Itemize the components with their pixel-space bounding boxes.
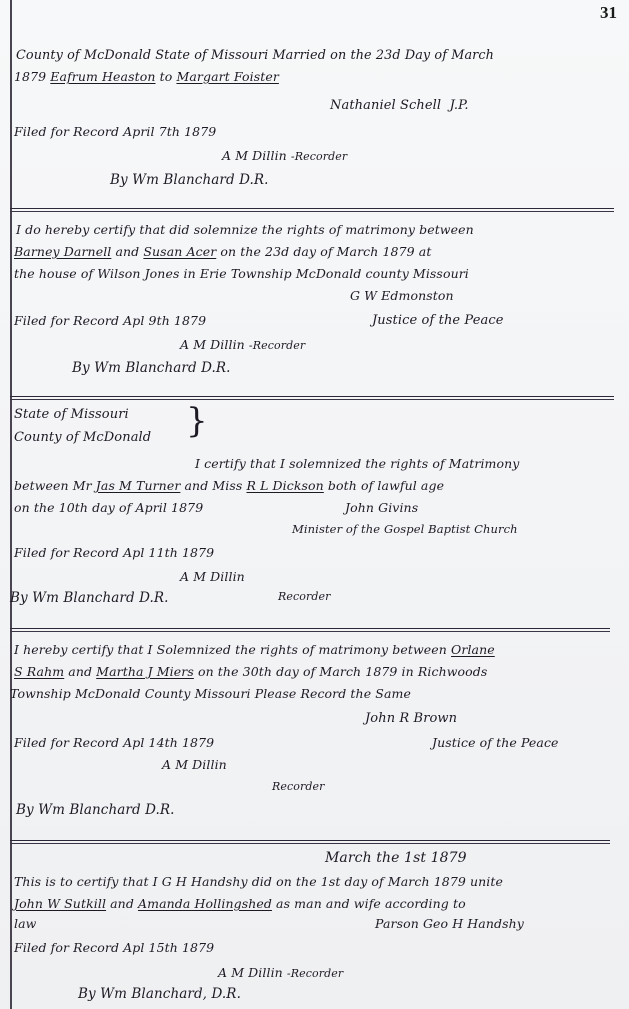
entry-3-line-2: between Mr Jas M Turner and Miss R L Dic… <box>14 478 444 493</box>
entry-3-line-1: I certify that I solemnized the rights o… <box>195 456 519 471</box>
officiant-signature: Nathaniel Schell J.P. <box>330 98 469 113</box>
entry-5-line-2-rest: as man and wife according to <box>276 896 466 911</box>
officiant-name: John Givins <box>345 500 418 515</box>
left-margin-line <box>10 0 12 1009</box>
recorder-signature: A M Dillin -Recorder <box>222 148 347 163</box>
bride-name: R L Dickson <box>246 478 323 493</box>
entry-2-line-2-rest: on the 23d day of March 1879 at <box>220 244 431 259</box>
officiant-name: John R Brown <box>365 711 457 726</box>
officiant-title: Justice of the Peace <box>432 735 559 750</box>
recorder-name: A M Dillin <box>222 148 287 163</box>
officiant-title: J.P. <box>450 98 469 113</box>
recorder-title: -Recorder <box>249 339 305 352</box>
deputy-signature: By Wm Blanchard D.R. <box>16 802 175 818</box>
filed-for-record: Filed for Record Apl 15th 1879 <box>14 940 214 955</box>
ledger-page: 31 County of McDonald State of Missouri … <box>0 0 629 1009</box>
entry-5-line-3: law <box>14 916 36 931</box>
entry-3-line-2-prefix: between Mr <box>14 478 92 493</box>
recorder-title: -Recorder <box>287 967 343 980</box>
recorder-name: A M Dillin <box>180 569 245 584</box>
groom-name: Eafrum Heaston <box>50 69 155 84</box>
entry-1-line-1: County of McDonald State of Missouri Mar… <box>16 48 494 63</box>
recorder-name: A M Dillin <box>162 757 227 772</box>
deputy-signature: By Wm Blanchard D.R. <box>10 590 169 606</box>
entry-divider <box>10 208 614 212</box>
heading-county: County of McDonald <box>14 430 151 445</box>
entry-3-line-2-rest: both of lawful age <box>328 478 444 493</box>
deputy-signature: By Wm Blanchard, D.R. <box>78 986 241 1002</box>
bride-name: Susan Acer <box>143 244 216 259</box>
entry-4-line-1: I hereby certify that I Solemnized the r… <box>14 642 495 657</box>
entry-divider <box>10 840 610 844</box>
connector: and <box>68 664 92 679</box>
groom-name-part-1: Orlane <box>451 642 495 657</box>
entry-4-line-1-text: I hereby certify that I Solemnized the r… <box>14 642 447 657</box>
entry-3-line-3: on the 10th day of April 1879 <box>14 500 203 515</box>
recorder-title: -Recorder <box>291 150 347 163</box>
recorder-signature: A M Dillin -Recorder <box>180 337 305 352</box>
entry-4-line-3: Township McDonald County Missouri Please… <box>10 686 411 701</box>
officiant-title: Justice of the Peace <box>372 313 504 328</box>
bride-name: Margart Foister <box>176 69 278 84</box>
entry-5-line-2: John W Sutkill and Amanda Hollingshed as… <box>14 896 466 911</box>
bride-name: Martha J Miers <box>96 664 194 679</box>
entry-2-line-3: the house of Wilson Jones in Erie Townsh… <box>14 266 469 281</box>
connector: and Miss <box>185 478 243 493</box>
recorder-title: Recorder <box>278 590 330 603</box>
page-number: 31 <box>600 3 617 23</box>
filed-for-record: Filed for Record Apl 14th 1879 <box>14 735 214 750</box>
entry-4-line-2: S Rahm and Martha J Miers on the 30th da… <box>14 664 487 679</box>
connector: and <box>110 896 134 911</box>
groom-name: Jas M Turner <box>96 478 181 493</box>
bride-name: Amanda Hollingshed <box>138 896 272 911</box>
recorder-name: A M Dillin <box>180 337 245 352</box>
officiant-name: Nathaniel Schell <box>330 98 441 113</box>
groom-name-part-2: S Rahm <box>14 664 64 679</box>
recorder-name: A M Dillin <box>218 965 283 980</box>
entry-1-year: 1879 <box>14 69 46 84</box>
entry-divider <box>10 396 614 400</box>
officiant-signature: Parson Geo H Handshy <box>375 916 524 931</box>
entry-1-line-2: 1879 Eafrum Heaston to Margart Foister <box>14 69 279 84</box>
brace: } <box>186 404 208 438</box>
connector: to <box>160 69 173 84</box>
recorder-signature: A M Dillin -Recorder <box>218 965 343 980</box>
entry-2-line-2: Barney Darnell and Susan Acer on the 23d… <box>14 244 431 259</box>
groom-name: John W Sutkill <box>14 896 106 911</box>
entry-4-line-2-rest: on the 30th day of March 1879 in Richwoo… <box>198 664 487 679</box>
filed-for-record: Filed for Record April 7th 1879 <box>14 124 216 139</box>
officiant-name: G W Edmonston <box>350 288 454 303</box>
filed-for-record: Filed for Record Apl 9th 1879 <box>14 313 206 328</box>
filed-for-record: Filed for Record Apl 11th 1879 <box>14 545 214 560</box>
entry-2-line-1: I do hereby certify that did solemnize t… <box>16 222 474 237</box>
deputy-signature: By Wm Blanchard D.R. <box>72 360 231 376</box>
entry-5-line-1: This is to certify that I G H Handshy di… <box>14 874 503 889</box>
recorder-title: Recorder <box>272 780 324 793</box>
groom-name: Barney Darnell <box>14 244 111 259</box>
connector: and <box>115 244 139 259</box>
date-heading: March the 1st 1879 <box>325 850 467 866</box>
heading-state: State of Missouri <box>14 407 129 422</box>
entry-divider <box>10 628 610 632</box>
officiant-title: Minister of the Gospel Baptist Church <box>292 522 518 536</box>
deputy-signature: By Wm Blanchard D.R. <box>110 172 269 188</box>
